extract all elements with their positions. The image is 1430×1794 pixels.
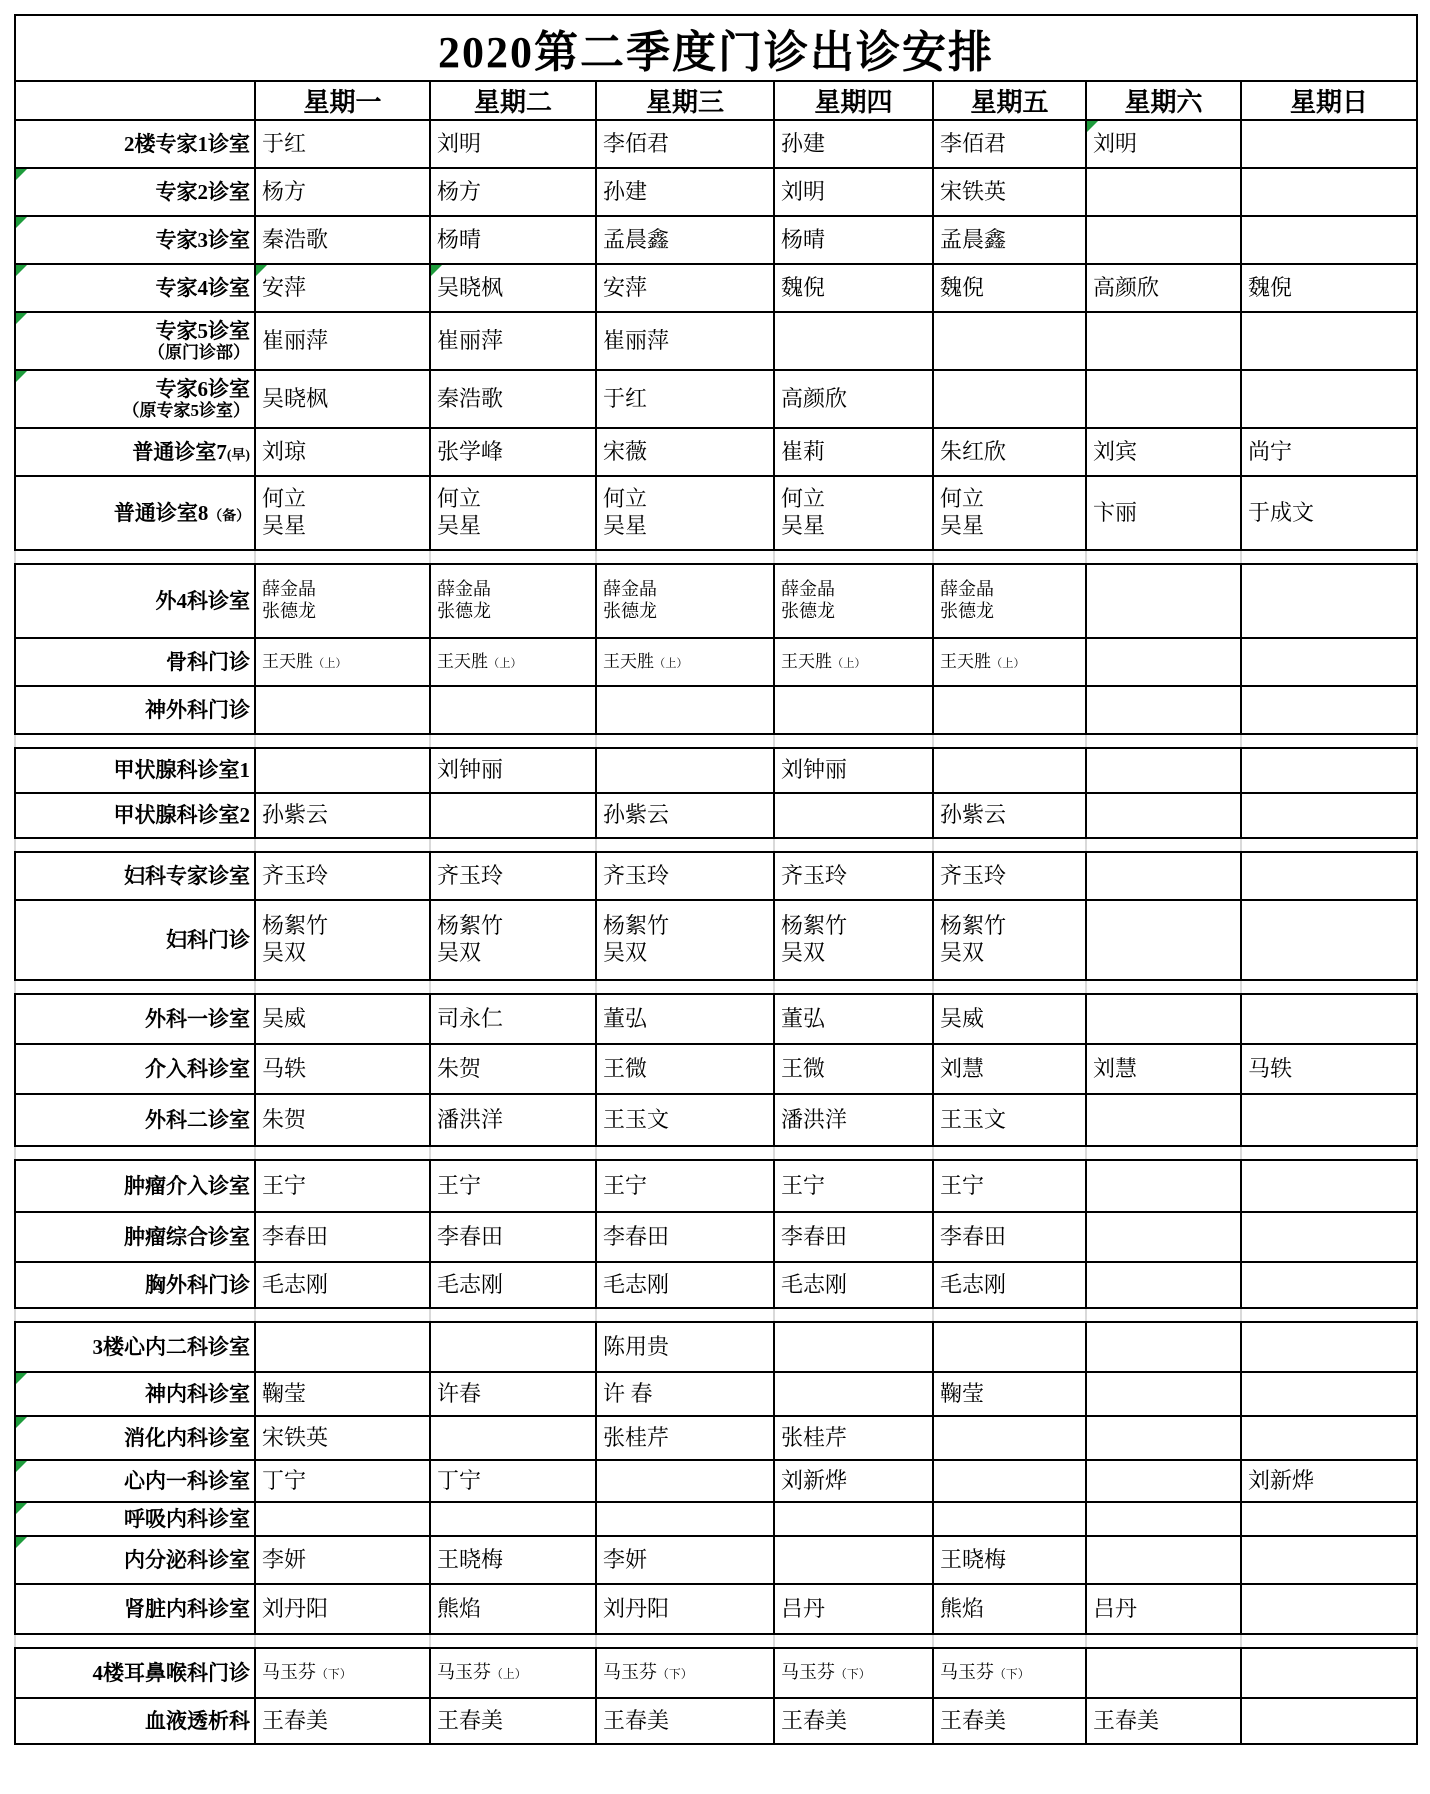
schedule-cell[interactable]: 于红 — [596, 370, 774, 428]
schedule-cell[interactable] — [1241, 168, 1417, 216]
row-label-cell[interactable]: 甲状腺科诊室1 — [15, 748, 255, 793]
schedule-cell[interactable]: 吕丹 — [1086, 1584, 1241, 1634]
row-label-cell[interactable]: 专家4诊室 — [15, 264, 255, 312]
schedule-cell[interactable] — [596, 1460, 774, 1502]
schedule-cell[interactable]: 齐玉玲 — [430, 852, 596, 900]
row-label-cell[interactable]: 肿瘤综合诊室 — [15, 1212, 255, 1262]
schedule-cell[interactable]: 刘钟丽 — [430, 748, 596, 793]
doctor-name: 刘慧 — [1093, 1056, 1234, 1083]
schedule-cell[interactable] — [1086, 168, 1241, 216]
schedule-cell[interactable]: 潘洪洋 — [774, 1094, 933, 1146]
row-label-text: 专家3诊室 — [22, 228, 250, 252]
schedule-cell[interactable] — [1086, 686, 1241, 734]
schedule-cell[interactable] — [1241, 312, 1417, 370]
schedule-cell[interactable] — [1241, 994, 1417, 1044]
doctor-name: 朱红欣 — [940, 439, 1079, 466]
schedule-cell[interactable]: 李春田 — [430, 1212, 596, 1262]
schedule-cell[interactable] — [933, 748, 1086, 793]
schedule-cell[interactable]: 孙紫云 — [596, 793, 774, 838]
schedule-cell[interactable] — [1241, 1212, 1417, 1262]
day-header-cell-6[interactable]: 星期六 — [1086, 81, 1241, 120]
schedule-cell[interactable] — [933, 1460, 1086, 1502]
schedule-cell[interactable] — [1241, 216, 1417, 264]
schedule-cell[interactable] — [774, 1536, 933, 1584]
schedule-cell[interactable]: 宋铁英 — [933, 168, 1086, 216]
row-label-cell[interactable]: 内分泌科诊室 — [15, 1536, 255, 1584]
schedule-cell[interactable]: 王玉文 — [596, 1094, 774, 1146]
row-label-cell[interactable]: 专家5诊室（原门诊部） — [15, 312, 255, 370]
spacer-cell — [933, 550, 1086, 564]
doctor-name: 刘新烨 — [781, 1468, 926, 1495]
schedule-cell[interactable]: 高颜欣 — [1086, 264, 1241, 312]
doctor-name: 孙建 — [603, 179, 767, 206]
row-label-cell[interactable]: 妇科门诊 — [15, 900, 255, 980]
schedule-cell[interactable]: 孙建 — [774, 120, 933, 168]
row-label-text: 外4科诊室 — [22, 589, 250, 613]
schedule-cell[interactable]: 何立吴星 — [255, 476, 430, 550]
row-label-cell[interactable]: 肿瘤介入诊室 — [15, 1160, 255, 1212]
row-label-text: 肾脏内科诊室 — [22, 1597, 250, 1621]
schedule-cell[interactable]: 熊焰 — [430, 1584, 596, 1634]
schedule-row: 甲状腺科诊室1刘钟丽刘钟丽 — [15, 748, 1417, 793]
row-label-cell[interactable]: 普通诊室8（备） — [15, 476, 255, 550]
corner-cell[interactable] — [15, 81, 255, 120]
schedule-cell[interactable]: 董弘 — [596, 994, 774, 1044]
doctor-name: 薛金晶 — [940, 579, 1079, 601]
schedule-cell[interactable]: 王春美 — [430, 1698, 596, 1744]
schedule-cell[interactable] — [1241, 1584, 1417, 1634]
row-label-cell[interactable]: 血液透析科 — [15, 1698, 255, 1744]
schedule-cell[interactable] — [1086, 900, 1241, 980]
schedule-cell[interactable]: 王春美 — [596, 1698, 774, 1744]
schedule-cell[interactable]: 王宁 — [933, 1160, 1086, 1212]
row-label-cell[interactable]: 心内一科诊室 — [15, 1460, 255, 1502]
schedule-cell[interactable] — [1241, 1536, 1417, 1584]
schedule-cell[interactable]: 李妍 — [255, 1536, 430, 1584]
row-label-cell[interactable]: 专家3诊室 — [15, 216, 255, 264]
schedule-cell[interactable] — [1086, 1648, 1241, 1698]
row-label-cell[interactable]: 专家6诊室（原专家5诊室） — [15, 370, 255, 428]
schedule-cell[interactable]: 薛金晶张德龙 — [596, 564, 774, 638]
schedule-cell[interactable]: 马玉芬（下） — [774, 1648, 933, 1698]
schedule-cell[interactable]: 孟晨鑫 — [933, 216, 1086, 264]
schedule-cell[interactable] — [1086, 1536, 1241, 1584]
schedule-cell[interactable]: 魏倪 — [1241, 264, 1417, 312]
schedule-cell[interactable]: 高颜欣 — [774, 370, 933, 428]
schedule-cell[interactable] — [1241, 638, 1417, 686]
schedule-cell[interactable] — [933, 312, 1086, 370]
doctor-name: 刘宾 — [1093, 439, 1234, 466]
schedule-cell[interactable]: 吴威 — [933, 994, 1086, 1044]
schedule-cell[interactable] — [1241, 748, 1417, 793]
schedule-cell[interactable] — [1086, 216, 1241, 264]
doctor-name: 卞丽 — [1093, 500, 1234, 527]
shift-annotation: (早) — [227, 447, 250, 462]
schedule-cell[interactable] — [596, 1502, 774, 1536]
schedule-cell[interactable]: 王春美 — [1086, 1698, 1241, 1744]
schedule-cell[interactable]: 王春美 — [774, 1698, 933, 1744]
doctor-name: 崔丽萍 — [262, 328, 423, 355]
schedule-cell[interactable] — [774, 686, 933, 734]
schedule-cell[interactable] — [1086, 1094, 1241, 1146]
row-label-cell[interactable]: 外4科诊室 — [15, 564, 255, 638]
row-label-cell[interactable]: 普通诊室7(早) — [15, 428, 255, 476]
row-label-cell[interactable]: 呼吸内科诊室 — [15, 1502, 255, 1536]
schedule-cell[interactable] — [1086, 994, 1241, 1044]
doctor-name: 刘明 — [437, 131, 589, 158]
section-spacer-row — [15, 838, 1417, 852]
row-label-cell[interactable]: 4楼耳鼻喉科门诊 — [15, 1648, 255, 1698]
spacer-cell — [1086, 980, 1241, 994]
schedule-row: 血液透析科王春美王春美王春美王春美王春美王春美 — [15, 1698, 1417, 1744]
schedule-cell[interactable]: 孟晨鑫 — [596, 216, 774, 264]
schedule-cell[interactable]: 王晓梅 — [430, 1536, 596, 1584]
row-label-text: （原专家5诊室） — [22, 401, 250, 421]
doctor-name: 李佰君 — [603, 131, 767, 158]
day-header-cell-5[interactable]: 星期五 — [933, 81, 1086, 120]
schedule-cell[interactable]: 杨絮竹吴双 — [255, 900, 430, 980]
schedule-cell[interactable]: 薛金晶张德龙 — [774, 564, 933, 638]
schedule-cell[interactable] — [774, 1372, 933, 1416]
schedule-cell[interactable]: 李佰君 — [596, 120, 774, 168]
schedule-cell[interactable]: 毛志刚 — [430, 1262, 596, 1308]
schedule-cell[interactable]: 何立吴星 — [933, 476, 1086, 550]
schedule-cell[interactable]: 何立吴星 — [596, 476, 774, 550]
doctor-name: 高颜欣 — [781, 386, 926, 413]
schedule-cell[interactable]: 齐玉玲 — [774, 852, 933, 900]
spacer-cell — [1086, 550, 1241, 564]
comment-indicator-icon — [1087, 121, 1098, 132]
schedule-cell[interactable] — [774, 1502, 933, 1536]
schedule-cell[interactable]: 许 春 — [596, 1372, 774, 1416]
row-label-cell[interactable]: 骨科门诊 — [15, 638, 255, 686]
schedule-cell[interactable]: 王春美 — [255, 1698, 430, 1744]
schedule-cell[interactable]: 薛金晶张德龙 — [430, 564, 596, 638]
schedule-cell[interactable]: 刘丹阳 — [255, 1584, 430, 1634]
schedule-cell[interactable]: 杨絮竹吴双 — [774, 900, 933, 980]
doctor-name: 刘丹阳 — [603, 1596, 767, 1623]
schedule-cell[interactable]: 刘琼 — [255, 428, 430, 476]
schedule-cell[interactable] — [430, 1322, 596, 1372]
schedule-cell[interactable]: 张桂芹 — [774, 1416, 933, 1460]
schedule-cell[interactable] — [1241, 1160, 1417, 1212]
doctor-name: 秦浩歌 — [262, 227, 423, 254]
schedule-cell[interactable]: 马玉芬（下） — [933, 1648, 1086, 1698]
schedule-cell[interactable]: 刘明 — [774, 168, 933, 216]
schedule-cell[interactable]: 吴威 — [255, 994, 430, 1044]
schedule-cell[interactable]: 杨方 — [430, 168, 596, 216]
schedule-cell[interactable]: 薛金晶张德龙 — [255, 564, 430, 638]
schedule-cell[interactable]: 丁宁 — [255, 1460, 430, 1502]
schedule-cell[interactable] — [1241, 1094, 1417, 1146]
schedule-cell[interactable]: 刘慧 — [1086, 1044, 1241, 1094]
row-label-cell[interactable]: 胸外科门诊 — [15, 1262, 255, 1308]
schedule-cell[interactable]: 杨絮竹吴双 — [933, 900, 1086, 980]
schedule-cell[interactable]: 陈用贵 — [596, 1322, 774, 1372]
doctor-name: 朱贺 — [437, 1056, 589, 1083]
schedule-cell[interactable] — [1241, 564, 1417, 638]
schedule-cell[interactable] — [1241, 852, 1417, 900]
schedule-cell[interactable]: 于成文 — [1241, 476, 1417, 550]
schedule-cell[interactable]: 鞠莹 — [933, 1372, 1086, 1416]
schedule-cell[interactable]: 丁宁 — [430, 1460, 596, 1502]
schedule-cell[interactable] — [1086, 1416, 1241, 1460]
schedule-cell[interactable]: 崔丽萍 — [596, 312, 774, 370]
doctor-name: 熊焰 — [940, 1596, 1079, 1623]
schedule-cell[interactable]: 许春 — [430, 1372, 596, 1416]
schedule-cell[interactable]: 秦浩歌 — [430, 370, 596, 428]
schedule-cell[interactable] — [1086, 312, 1241, 370]
schedule-row: 肿瘤综合诊室李春田李春田李春田李春田李春田 — [15, 1212, 1417, 1262]
row-label-cell[interactable]: 3楼心内二科诊室 — [15, 1322, 255, 1372]
row-label-cell[interactable]: 外科一诊室 — [15, 994, 255, 1044]
page-title[interactable]: 2020第二季度门诊出诊安排 — [15, 15, 1417, 81]
schedule-cell[interactable] — [933, 686, 1086, 734]
doctor-name: 丁宁 — [262, 1468, 423, 1495]
schedule-cell[interactable]: 崔丽萍 — [255, 312, 430, 370]
schedule-cell[interactable]: 毛志刚 — [255, 1262, 430, 1308]
schedule-cell[interactable] — [1241, 900, 1417, 980]
schedule-cell[interactable] — [774, 1322, 933, 1372]
schedule-cell[interactable] — [1241, 1698, 1417, 1744]
schedule-cell[interactable]: 刘钟丽 — [774, 748, 933, 793]
comment-indicator-icon — [16, 371, 27, 382]
schedule-cell[interactable]: 崔丽萍 — [430, 312, 596, 370]
schedule-cell[interactable]: 张学峰 — [430, 428, 596, 476]
schedule-cell[interactable]: 宋铁英 — [255, 1416, 430, 1460]
schedule-cell[interactable]: 何立吴星 — [430, 476, 596, 550]
row-label-text: 外科二诊室 — [22, 1108, 250, 1132]
schedule-cell[interactable]: 王天胜（上） — [596, 638, 774, 686]
schedule-cell[interactable] — [255, 686, 430, 734]
schedule-cell[interactable]: 马玉芬（下） — [596, 1648, 774, 1698]
schedule-cell[interactable] — [774, 312, 933, 370]
doctor-name: 王晓梅 — [940, 1547, 1079, 1574]
schedule-cell[interactable]: 孙紫云 — [933, 793, 1086, 838]
schedule-cell[interactable]: 李春田 — [596, 1212, 774, 1262]
schedule-cell[interactable]: 王晓梅 — [933, 1536, 1086, 1584]
schedule-cell[interactable] — [933, 370, 1086, 428]
day-header-cell-7[interactable]: 星期日 — [1241, 81, 1417, 120]
comment-indicator-icon — [431, 265, 442, 276]
schedule-cell[interactable]: 刘明 — [1086, 120, 1241, 168]
schedule-cell[interactable]: 王宁 — [430, 1160, 596, 1212]
schedule-cell[interactable]: 马轶 — [255, 1044, 430, 1094]
schedule-cell[interactable]: 马玉芬（上） — [430, 1648, 596, 1698]
schedule-cell[interactable] — [1241, 793, 1417, 838]
day-header-cell-3[interactable]: 星期三 — [596, 81, 774, 120]
schedule-cell[interactable]: 杨晴 — [430, 216, 596, 264]
schedule-cell[interactable] — [1241, 686, 1417, 734]
schedule-cell[interactable] — [1086, 1460, 1241, 1502]
schedule-cell[interactable]: 魏倪 — [774, 264, 933, 312]
schedule-cell[interactable]: 李春田 — [933, 1212, 1086, 1262]
schedule-cell[interactable] — [1086, 1160, 1241, 1212]
schedule-cell[interactable]: 杨晴 — [774, 216, 933, 264]
schedule-cell[interactable] — [1086, 370, 1241, 428]
schedule-cell[interactable] — [1086, 793, 1241, 838]
schedule-cell[interactable]: 熊焰 — [933, 1584, 1086, 1634]
doctor-name: 王微 — [781, 1056, 926, 1083]
schedule-cell[interactable]: 毛志刚 — [596, 1262, 774, 1308]
schedule-cell[interactable]: 吕丹 — [774, 1584, 933, 1634]
schedule-cell[interactable]: 于红 — [255, 120, 430, 168]
schedule-cell[interactable] — [430, 1502, 596, 1536]
schedule-cell[interactable] — [430, 793, 596, 838]
schedule-cell[interactable]: 吴晓枫 — [255, 370, 430, 428]
schedule-cell[interactable]: 刘慧 — [933, 1044, 1086, 1094]
schedule-cell[interactable]: 董弘 — [774, 994, 933, 1044]
schedule-cell[interactable]: 王微 — [774, 1044, 933, 1094]
schedule-cell[interactable]: 朱贺 — [255, 1094, 430, 1146]
schedule-cell[interactable] — [1241, 1416, 1417, 1460]
schedule-cell[interactable]: 刘新烨 — [1241, 1460, 1417, 1502]
schedule-cell[interactable]: 刘新烨 — [774, 1460, 933, 1502]
row-label-cell[interactable]: 外科二诊室 — [15, 1094, 255, 1146]
schedule-cell[interactable]: 吴晓枫 — [430, 264, 596, 312]
schedule-cell[interactable]: 朱红欣 — [933, 428, 1086, 476]
day-header-cell-4[interactable]: 星期四 — [774, 81, 933, 120]
schedule-cell[interactable]: 杨絮竹吴双 — [596, 900, 774, 980]
schedule-cell[interactable]: 薛金晶张德龙 — [933, 564, 1086, 638]
schedule-cell[interactable]: 何立吴星 — [774, 476, 933, 550]
schedule-cell[interactable]: 刘宾 — [1086, 428, 1241, 476]
schedule-cell[interactable]: 李春田 — [774, 1212, 933, 1262]
schedule-cell[interactable] — [430, 1416, 596, 1460]
schedule-cell[interactable] — [1086, 1372, 1241, 1416]
schedule-cell[interactable]: 鞠莹 — [255, 1372, 430, 1416]
schedule-cell[interactable] — [1086, 852, 1241, 900]
schedule-cell[interactable] — [1241, 1372, 1417, 1416]
schedule-cell[interactable]: 齐玉玲 — [255, 852, 430, 900]
schedule-cell[interactable]: 王微 — [596, 1044, 774, 1094]
doctor-name: 薛金晶 — [437, 579, 589, 601]
schedule-cell[interactable] — [1086, 1212, 1241, 1262]
schedule-cell[interactable]: 王宁 — [596, 1160, 774, 1212]
schedule-cell[interactable]: 杨方 — [255, 168, 430, 216]
schedule-cell[interactable] — [774, 793, 933, 838]
schedule-cell[interactable]: 宋薇 — [596, 428, 774, 476]
spacer-cell — [1241, 1634, 1417, 1648]
spacer-cell — [430, 550, 596, 564]
schedule-cell[interactable]: 王天胜（上） — [255, 638, 430, 686]
spacer-cell — [1086, 1634, 1241, 1648]
schedule-cell[interactable] — [1086, 748, 1241, 793]
schedule-cell[interactable]: 崔莉 — [774, 428, 933, 476]
shift-annotation: （上） — [832, 658, 866, 670]
row-label-cell[interactable]: 肾脏内科诊室 — [15, 1584, 255, 1634]
schedule-cell[interactable]: 马玉芬（下） — [255, 1648, 430, 1698]
schedule-cell[interactable] — [255, 1322, 430, 1372]
schedule-cell[interactable] — [1241, 1322, 1417, 1372]
schedule-cell[interactable] — [596, 748, 774, 793]
schedule-cell[interactable] — [1241, 1262, 1417, 1308]
schedule-cell[interactable] — [255, 748, 430, 793]
schedule-cell[interactable]: 王宁 — [255, 1160, 430, 1212]
spacer-cell — [430, 1146, 596, 1160]
schedule-cell[interactable]: 齐玉玲 — [596, 852, 774, 900]
spacer-cell — [933, 1146, 1086, 1160]
schedule-cell[interactable] — [255, 1502, 430, 1536]
schedule-cell[interactable]: 马轶 — [1241, 1044, 1417, 1094]
schedule-cell[interactable] — [596, 686, 774, 734]
schedule-cell[interactable]: 王春美 — [933, 1698, 1086, 1744]
row-label-cell[interactable]: 神外科门诊 — [15, 686, 255, 734]
spacer-cell — [596, 1634, 774, 1648]
shift-annotation: （下） — [835, 1667, 871, 1681]
schedule-cell[interactable] — [933, 1416, 1086, 1460]
schedule-cell[interactable]: 卞丽 — [1086, 476, 1241, 550]
schedule-row: 外4科诊室薛金晶张德龙薛金晶张德龙薛金晶张德龙薛金晶张德龙薛金晶张德龙 — [15, 564, 1417, 638]
schedule-cell[interactable] — [1241, 1648, 1417, 1698]
schedule-cell[interactable]: 刘明 — [430, 120, 596, 168]
schedule-cell[interactable]: 魏倪 — [933, 264, 1086, 312]
schedule-cell[interactable]: 李妍 — [596, 1536, 774, 1584]
doctor-name: 齐玉玲 — [603, 863, 767, 890]
schedule-cell[interactable]: 毛志刚 — [933, 1262, 1086, 1308]
schedule-cell[interactable] — [430, 686, 596, 734]
row-label-cell[interactable]: 消化内科诊室 — [15, 1416, 255, 1460]
row-label-cell[interactable]: 甲状腺科诊室2 — [15, 793, 255, 838]
schedule-cell[interactable] — [933, 1322, 1086, 1372]
doctor-name: 王宁 — [603, 1173, 767, 1200]
schedule-cell[interactable] — [1241, 1502, 1417, 1536]
section-spacer-row — [15, 734, 1417, 748]
schedule-cell[interactable]: 孙建 — [596, 168, 774, 216]
schedule-cell[interactable]: 毛志刚 — [774, 1262, 933, 1308]
schedule-cell[interactable]: 张桂芹 — [596, 1416, 774, 1460]
schedule-cell[interactable] — [1086, 1502, 1241, 1536]
schedule-cell[interactable] — [1086, 1322, 1241, 1372]
schedule-cell[interactable] — [1086, 1262, 1241, 1308]
schedule-cell[interactable]: 王宁 — [774, 1160, 933, 1212]
row-label-cell[interactable]: 介入科诊室 — [15, 1044, 255, 1094]
schedule-cell[interactable]: 王天胜（上） — [933, 638, 1086, 686]
schedule-cell[interactable]: 朱贺 — [430, 1044, 596, 1094]
schedule-cell[interactable]: 司永仁 — [430, 994, 596, 1044]
schedule-cell[interactable]: 李春田 — [255, 1212, 430, 1262]
schedule-cell[interactable] — [1086, 638, 1241, 686]
schedule-cell[interactable] — [1241, 370, 1417, 428]
schedule-cell[interactable]: 潘洪洋 — [430, 1094, 596, 1146]
row-label-cell[interactable]: 妇科专家诊室 — [15, 852, 255, 900]
day-header-cell-2[interactable]: 星期二 — [430, 81, 596, 120]
row-label-cell[interactable]: 专家2诊室 — [15, 168, 255, 216]
schedule-cell[interactable] — [1086, 564, 1241, 638]
schedule-row: 专家6诊室（原专家5诊室）吴晓枫秦浩歌于红高颜欣 — [15, 370, 1417, 428]
row-label-cell[interactable]: 2楼专家1诊室 — [15, 120, 255, 168]
schedule-cell[interactable]: 尚宁 — [1241, 428, 1417, 476]
schedule-cell[interactable]: 李佰君 — [933, 120, 1086, 168]
schedule-cell[interactable]: 安萍 — [255, 264, 430, 312]
schedule-cell[interactable]: 王天胜（上） — [430, 638, 596, 686]
schedule-cell[interactable]: 杨絮竹吴双 — [430, 900, 596, 980]
row-label-cell[interactable]: 神内科诊室 — [15, 1372, 255, 1416]
schedule-cell[interactable]: 安萍 — [596, 264, 774, 312]
schedule-cell[interactable]: 秦浩歌 — [255, 216, 430, 264]
schedule-cell[interactable]: 刘丹阳 — [596, 1584, 774, 1634]
schedule-cell[interactable] — [933, 1502, 1086, 1536]
spacer-cell — [15, 550, 255, 564]
schedule-cell[interactable]: 孙紫云 — [255, 793, 430, 838]
schedule-cell[interactable] — [1241, 120, 1417, 168]
schedule-cell[interactable]: 王玉文 — [933, 1094, 1086, 1146]
shift-annotation: （上） — [491, 1667, 527, 1681]
doctor-name: 秦浩歌 — [437, 386, 589, 413]
schedule-cell[interactable]: 齐玉玲 — [933, 852, 1086, 900]
schedule-cell[interactable]: 王天胜（上） — [774, 638, 933, 686]
day-header-cell-1[interactable]: 星期一 — [255, 81, 430, 120]
